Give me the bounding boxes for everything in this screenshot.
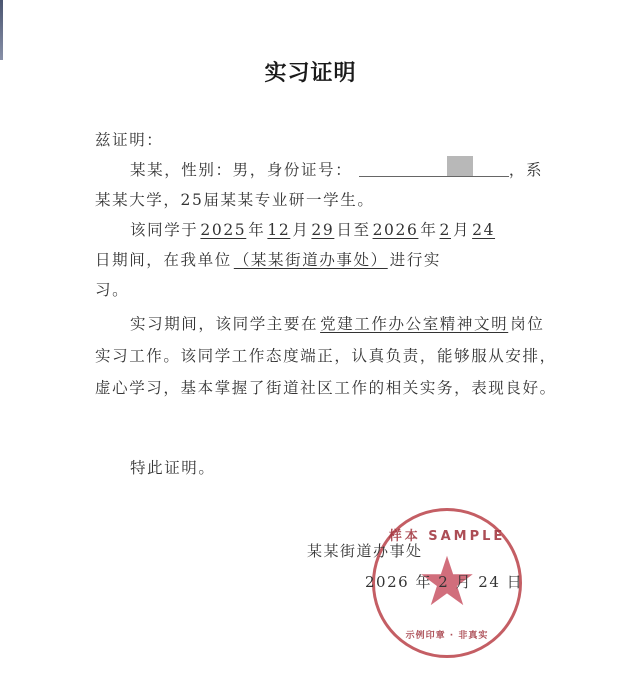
gender: 男 [233,161,250,179]
gender-label: ，性别： [164,161,232,179]
position: 党建工作办公室精神文明 [318,315,510,333]
line-suffix: ，系 [509,161,543,179]
unit-prefix: 日期间，在我单位 [95,251,232,269]
position-prefix: 实习期间，该同学主要在 [130,315,318,333]
month-label: 月 [292,221,309,239]
position-line: 实习期间，该同学主要在党建工作办公室精神文明岗位 [130,312,544,334]
start-day: 29 [309,221,336,239]
student-name: 某某 [130,161,164,179]
redacted-id-field [359,162,509,177]
end-year: 2026 [371,221,421,239]
year-label: 年 [420,221,437,239]
student-info-line: 某某，性别：男，身份证号： ，系 [130,158,543,180]
signature-date: 2026 年 2 月 24 日 [365,571,523,592]
unit-line-end: 习。 [95,278,129,300]
redaction-block [447,156,473,176]
evaluation-line-2: 虚心学习，基本掌握了街道社区工作的相关实务，表现良好。 [95,376,557,398]
signature-organization: 某某街道办事处 [307,540,423,561]
unit-suffix: 进行实 [390,251,441,269]
period-prefix: 该同学于 [130,221,198,239]
closing-statement: 特此证明。 [130,456,216,478]
end-day: 24 [470,221,497,239]
seal-bottom-text: 示例印章 · 非真实 [375,628,519,641]
period-line: 该同学于2025年12月29日至2026年2月24 [130,218,497,240]
start-year: 2025 [198,221,248,239]
unit-line: 日期间，在我单位（某某街道办事处）进行实 [95,248,441,270]
scan-edge-shadow [0,0,3,60]
school-info-line: 某某大学，25届某某专业研一学生。 [95,188,374,210]
salutation: 兹证明： [95,128,163,150]
year-label: 年 [248,221,265,239]
document-title: 实习证明 [0,56,621,87]
to-label: 日至 [336,221,370,239]
id-label: ，身份证号： [250,161,353,179]
start-month: 12 [265,221,292,239]
host-unit: （某某街道办事处） [232,251,390,269]
month-label: 月 [453,221,470,239]
position-suffix: 岗位 [510,315,544,333]
end-month: 2 [438,221,453,239]
evaluation-line-1: 实习工作。该同学工作态度端正，认真负责，能够服从安排， [95,344,557,366]
